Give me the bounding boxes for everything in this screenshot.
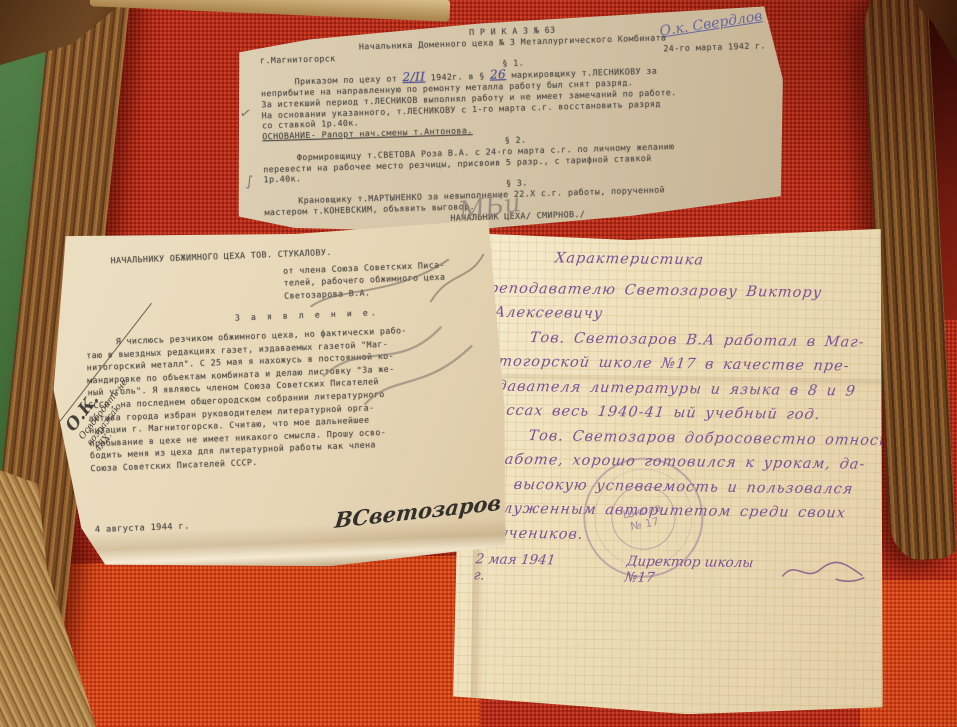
stamp-text-line: Школа [622, 501, 663, 521]
handwritten-insert-date: 2/II [402, 70, 425, 85]
prikaz-place: г.Магнитогорск [260, 53, 336, 66]
pencil-scrawl [298, 240, 494, 417]
director-signature [779, 557, 867, 588]
kharakteristika-date: 2 мая 1941 г. [473, 551, 568, 584]
document-kharakteristika: Характеристика преподавателю Светозарову… [449, 223, 890, 717]
handwritten-mark: ∫ [245, 174, 253, 190]
stamp-text-line: № 17 [629, 515, 660, 533]
kharakteristika-title: Характеристика [553, 246, 872, 275]
document-zayavlenie: НАЧАЛЬНИКУ ОБЖИМНОГО ЦЕХА ТОВ. СТУКАЛОВУ… [48, 219, 511, 576]
typed-fragment: 1942г. в § [431, 71, 485, 83]
photo-of-documents-on-chair: О.к. Свердлов ✓ ∫ П Р И К А З № 63 Начал… [0, 0, 957, 727]
document-prikaz: О.к. Свердлов ✓ ∫ П Р И К А З № 63 Начал… [233, 6, 787, 238]
handwritten-insert-number: 26 [490, 67, 506, 81]
handwritten-checkmark: ✓ [238, 105, 252, 123]
